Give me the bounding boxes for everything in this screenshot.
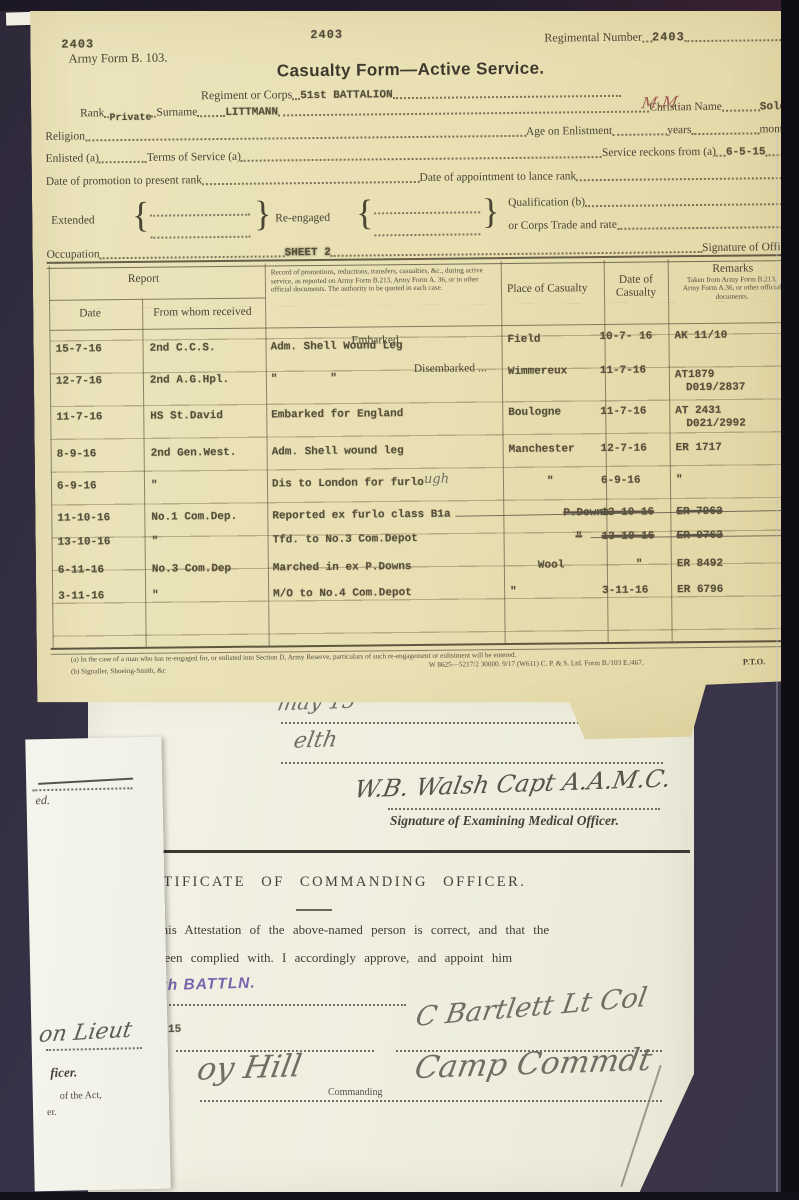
battalion-stamp: 1th BATTLN. [152,975,256,996]
header-from-whom: From whom received [153,306,251,319]
regiment-line: Regiment or Corps 51st BATTALION [201,84,621,103]
occupation-label: Occupation [47,248,100,261]
cell-place: Boulogne [508,406,561,419]
dotted-leader [685,30,785,42]
cell-cas: 3-11-16 [602,585,648,597]
cell-place: Wool [538,559,565,571]
cell-rec: Adm. Shell Wound Leg [271,340,403,353]
casualty-form-paper: 2403 Army Form B. 103. 2403 Regimental N… [30,0,798,748]
medical-signature-label: Signature of Examining Medical Officer. [390,813,619,829]
cell-record-handwritten: ugh [424,472,449,487]
fragment-ed: ed. [35,793,50,808]
left-paper: ed. on Lieut ficer. of the Act, er. [25,737,170,1192]
cell-date: 6-11-16 [58,564,104,576]
cell-from: 2nd Gen.West. [151,447,237,460]
pto-label: P.T.O. [743,656,766,666]
fragment-act: of the Act, [60,1090,102,1102]
handwritten-word: elth [292,727,340,753]
scanned-document-scene: 2403 Army Form B. 103. 2403 Regimental N… [0,0,799,1200]
cell-cas: 12-7-16 [601,443,647,455]
dotted-leader [99,152,147,164]
background-top-band [0,0,799,11]
cell-date: 12-7-16 [56,375,102,387]
cell-rem: AT1879 [675,369,715,381]
page-edge-line [776,130,778,1195]
dotted-leader [278,102,649,117]
service-reckons-value: 6-5-15 [726,146,766,158]
surname-value: LITTMANN [225,106,278,119]
dotted-line [154,1002,406,1006]
dotted-line [46,1045,142,1051]
enlisted-line: Enlisted (a) Terms of Service (a) Servic… [46,145,794,166]
background-right-strip [781,0,799,1200]
age-label: Age on Enlistment [526,125,612,138]
lance-label: Date of appointment to lance rank [419,170,576,184]
cell-rem: AT 2431 [675,405,721,417]
extended-label: Extended [51,214,95,226]
dotted-leader [150,212,250,217]
corps-trade-line: or Corps Trade and rate [508,217,786,233]
cell-rec: Tfd. to No.3 Com.Depot [273,533,418,547]
cell-from: " [152,590,159,602]
regiment-label: Regiment or Corps [201,87,292,103]
handwritten-unit: oy Hill [194,1048,304,1088]
years-label: years [667,124,691,136]
cell-date: 6-9-16 [57,480,97,492]
cell-rec: M/O to No.4 Com.Depot [273,587,412,600]
cell-rem: ER 8492 [677,558,723,570]
cell-date: 11-10-16 [57,512,110,525]
regimental-number-label: Regimental Number [544,30,642,46]
cell-date: 3-11-16 [58,590,104,602]
rank-label: Rank [80,107,104,119]
report-header-divider [49,298,265,301]
dotted-leader [716,146,726,157]
dotted-leader [576,168,794,181]
promotion-line: Date of promotion to present rank Date o… [46,168,794,189]
medical-officer-signature: W.B. Walsh Capt A.A.M.C. [352,765,673,804]
certificate-body-line2: been complied with. I accordingly approv… [158,950,512,966]
handwritten-lieut: on Lieut [37,1018,134,1048]
rank-line: Rank Private Surname LITTMANN Christian … [45,100,799,121]
dotted-leader [612,124,667,136]
rank-value: Private [109,113,151,124]
promotion-label: Date of promotion to present rank [46,174,202,188]
cell-place: Field [507,334,540,346]
qualification-label: Qualification (b) [508,196,585,209]
cell-place: " [510,586,517,598]
cell-cas: 10-7- 16 [599,331,652,344]
regiment-value: 51st BATTALION [300,89,393,102]
footnote-b: (b) Signaller, Shoeing-Smith, &c [71,667,166,676]
decoration-note-mm: M.M. [640,92,684,112]
dotted-leader [202,172,420,185]
cell-rec: Marched in ex P.Downs [273,561,412,574]
cell-cas: 11-7-16 [600,406,646,418]
printer-imprint: W 8625—5217/2 30000. 9/17 (W611) C. P. &… [429,659,644,669]
printed-commanding: Commanding [328,1087,382,1098]
cell-rem: ER 6796 [677,584,723,596]
corps-trade-label: or Corps Trade and rate [508,219,617,232]
handwritten-role: Camp Commdt [412,1042,655,1086]
cell-place: Wimmereux [508,365,568,378]
dotted-leader [617,217,787,230]
cell-from: 2nd C.C.S. [150,342,216,355]
dotted-line [32,785,132,791]
reengaged-label: Re-engaged [275,212,330,225]
dotted-leader [100,246,285,259]
header-place: Place of Casualty [507,282,588,295]
brace-close: } [482,191,500,231]
cell-from: HS St.David [150,410,223,423]
header-casualty-date: Date of Casualty [610,273,662,300]
fragment-er: er. [47,1107,57,1118]
certificate-paper: may 15 elth W.B. Walsh Capt A.A.M.C. Sig… [88,690,694,1195]
dotted-leader [150,234,250,239]
cell-rem: " [676,474,683,486]
cell-from: No.1 Com.Dep. [151,511,237,524]
brace-close: } [254,193,272,233]
cell-rec: " " [271,373,337,386]
occupation-value: SHEET 2 [285,247,331,259]
cell-date: 11-7-16 [56,411,102,423]
cell-cas: 6-9-16 [601,475,641,487]
cell-rec: Embarked for England [271,408,403,421]
header-remarks-note: Taken from Army Form B.213, Army Form A.… [679,275,785,301]
cell-date: 13-10-16 [58,536,111,549]
header-remarks: Remarks [693,262,773,275]
service-reckons-label: Service reckons from (a) [602,146,716,159]
regimental-number-stamp-center: 2403 [310,28,343,42]
cell-date: 8-9-16 [57,448,97,460]
header-date: Date [79,307,101,319]
terms-label: Terms of Service (a) [147,151,241,164]
surname-label: Surname [156,106,197,118]
qualification-line: Qualification (b) [508,194,786,210]
dotted-leader [393,86,621,99]
religion-label: Religion [45,130,85,142]
cell-place: Manchester [509,443,575,456]
fragment-officer: ficer. [50,1064,77,1081]
regimental-number-line: Regimental Number 2403 [544,28,784,46]
brace-open: { [132,195,150,235]
cell-remarks2: D019/2837 [686,382,746,395]
dotted-leader [642,31,652,42]
background-bottom-band [0,1192,799,1200]
commanding-officer-signature: C Bartlett Lt Col [413,982,649,1033]
cell-rec: Dis to London for furlo [272,477,424,491]
cell-remarks2: D021/2992 [686,418,746,431]
header-record-note: Record of promotions, reductions, transf… [271,266,497,294]
cell-rec: Adm. Shell wound leg [272,445,404,458]
dotted-leader [197,106,225,117]
dotted-line [200,1098,662,1102]
dotted-leader [585,194,786,207]
religion-line: Religion Age on Enlistment years months [45,123,793,144]
cell-rec: Reported ex furlo class B1a [272,509,450,523]
cell-from: " [151,480,158,492]
cell-rem: ER 1717 [676,442,722,454]
certificate-heading: RTIFICATE OF COMMANDING OFFICER. [152,874,526,891]
cell-cas: 11-7-16 [600,365,646,377]
dotted-line [388,806,660,810]
certificate-body-line1: this Attestation of the above-named pers… [158,922,549,938]
dotted-leader [722,100,760,111]
cell-place: " [576,531,583,543]
pencil-stroke [620,1065,661,1187]
dotted-leader [241,147,602,162]
dotted-leader [374,231,480,236]
enlisted-label: Enlisted (a) [46,152,99,165]
brace-open: { [356,192,374,232]
section-rule [150,850,690,853]
typed-15: 15 [168,1024,181,1036]
cell-from: 2nd A.G.Hpl. [150,374,229,387]
regimental-number-stamp-left: 2403 [61,37,94,51]
cell-date: 15-7-16 [56,343,102,355]
heading-dash [296,909,332,911]
header-report: Report [128,273,159,285]
cell-rem: AK 11/10 [674,330,727,343]
cell-place: " [547,476,554,488]
dotted-leader [691,123,759,135]
cell-cas: " [636,559,643,571]
cell-from: " [152,536,159,548]
regimental-number-value: 2403 [652,30,685,44]
cell-from: No.3 Com.Dep [152,563,231,576]
dotted-line [281,760,663,764]
dotted-leader [374,209,480,214]
dotted-leader [85,126,526,142]
pen-strike [38,778,133,785]
